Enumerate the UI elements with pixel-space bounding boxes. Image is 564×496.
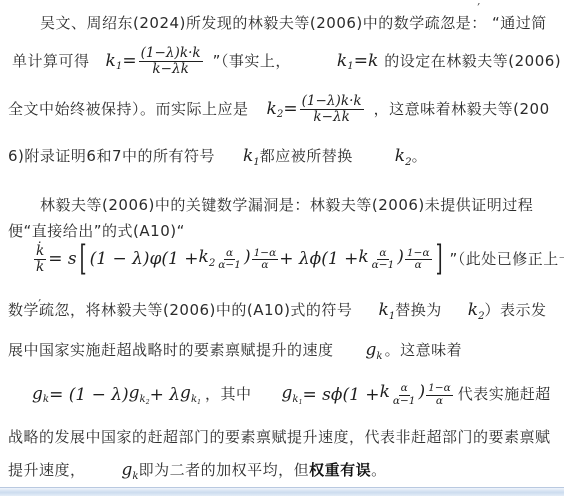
text-line: k̇k = s[(1 − λ)φ(1 + k2αα−1)1−αα + λϕ(1 … — [8, 244, 564, 275]
math-formula-k2: k2 — [395, 146, 412, 168]
math-formula-gk: gk — [366, 340, 383, 362]
math-formula-gk_eq: gk = (1 − λ)gk2 + λgk1 — [32, 383, 201, 406]
text-run: 数学疏忽，将林毅夫等(2006)中的(A10)式的符号 — [8, 301, 352, 321]
text-run: 便“直接给出”的式(A10)“ — [8, 222, 185, 242]
text-run: 代表实施赶超 — [458, 385, 551, 405]
text-run: 都应被所替换 — [260, 147, 353, 167]
stray-mark: ’ — [37, 297, 41, 310]
text-run: ，这意味着林毅夫等(200 — [374, 100, 550, 120]
text-run: 。这意味着 — [385, 341, 463, 361]
math-formula-k1: k1 — [378, 300, 395, 322]
text-run: 。 — [412, 147, 428, 167]
math-formula-a10: k̇k = s[(1 − λ)φ(1 + k2αα−1)1−αα + λϕ(1 … — [32, 244, 446, 275]
text-line: 吴文、周绍东(2024)所发现的林毅夫等(2006)中的数学疏忽是： “通过简 — [8, 14, 547, 34]
text-run: ”（此处已修正上一处 — [450, 250, 564, 270]
text-line: 战略的发展中国家的赶超部门的要素禀赋提升速度，代表非赶超部门的要素禀赋 — [8, 428, 551, 448]
text-run: 即为二者的加权平均，但 — [139, 461, 310, 481]
math-formula-k2_eq_frac: k2 = (1−λ)k·kk−λk — [267, 94, 366, 125]
text-line: 6)附录证明6和7中的所有符号k1都应被所替换k2。 — [8, 146, 427, 168]
text-line: gk = (1 − λ)gk2 + λgk1，其中gk1 = sϕ(1 + kα… — [8, 382, 551, 407]
text-run: 替换为 — [395, 301, 442, 321]
text-run: 展中国家实施赶超战略时的要素禀赋提升的速度 — [8, 341, 334, 361]
text-run: 单计算可得 — [12, 52, 90, 72]
text-run: 权重有误 — [309, 461, 371, 481]
text-line: 提升速度，gk即为二者的加权平均，但权重有误。 — [8, 460, 387, 482]
text-run: 全文中始终被保持）。而实际上应是 — [8, 100, 249, 120]
text-line: 数学疏忽，将林毅夫等(2006)中的(A10)式的符号k1替换为k2）表示发 — [8, 300, 547, 322]
text-run: 6)附录证明6和7中的所有符号 — [8, 147, 215, 167]
math-formula-k1_eq_frac: k1 = (1−λ)k·kk−λk — [106, 46, 205, 77]
text-line: 展中国家实施赶超战略时的要素禀赋提升的速度gk。这意味着 — [8, 340, 462, 362]
stray-mark: ’ — [476, 1, 480, 14]
math-formula-gk: gk — [122, 460, 139, 482]
text-run: 林毅夫等(2006)中的关键数学漏洞是：林毅夫等(2006)未提供证明过程 — [40, 196, 533, 216]
math-formula-k1: k1 — [243, 146, 260, 168]
text-run: 。 — [371, 461, 387, 481]
math-formula-gk1_eq: gk1 = sϕ(1 + kαα−1)1−αα — [282, 382, 454, 407]
math-formula-k2: k2 — [468, 300, 485, 322]
text-run: 战略的发展中国家的赶超部门的要素禀赋提升速度，代表非赶超部门的要素禀赋 — [8, 428, 551, 448]
text-run: ”（事实上， — [213, 52, 291, 72]
text-line: 单计算可得k1 = (1−λ)k·kk−λk”（事实上，k1 = k的设定在林毅… — [8, 46, 561, 77]
text-run: 吴文、周绍东(2024)所发现的林毅夫等(2006)中的数学疏忽是： “通过简 — [40, 14, 547, 34]
math-formula-k1_eq_kbar: k1 = k — [337, 51, 378, 73]
text-run: ）表示发 — [485, 301, 547, 321]
text-run: ，其中 — [205, 385, 252, 405]
text-line: 便“直接给出”的式(A10)“ — [8, 222, 185, 242]
text-run: 提升速度， — [8, 461, 86, 481]
text-line: 林毅夫等(2006)中的关键数学漏洞是：林毅夫等(2006)未提供证明过程 — [8, 196, 533, 216]
bottom-window-edge-bar — [0, 487, 564, 496]
document-page: 吴文、周绍东(2024)所发现的林毅夫等(2006)中的数学疏忽是： “通过简单… — [0, 0, 564, 496]
text-line: 全文中始终被保持）。而实际上应是k2 = (1−λ)k·kk−λk，这意味着林毅… — [8, 94, 550, 125]
text-run: 的设定在林毅夫等(2006) — [384, 52, 561, 72]
